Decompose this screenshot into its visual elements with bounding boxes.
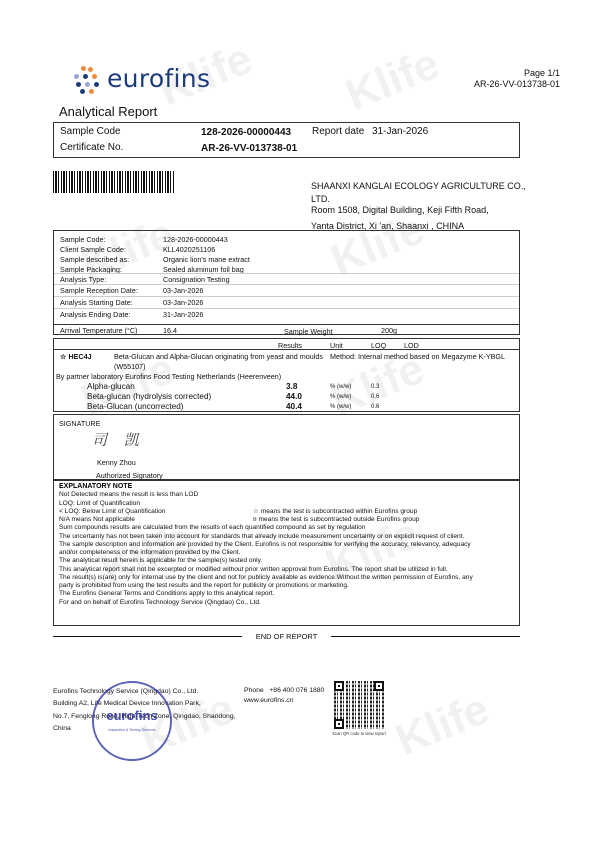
test-description-code: (W55107) [114,362,146,371]
sample-info-label: Analysis Ending Date: [60,310,130,319]
result-unit: % (w/w) [330,404,351,410]
signatory-name: Kenny Zhou [97,458,136,467]
result-analyte: Beta-Glucan (uncorrected) [87,402,183,411]
sample-info-value: Organic lion's mane extract [163,255,250,264]
phone-label: Phone [244,687,264,694]
stamp-subtext: Inspection & Testing Services [94,728,170,732]
note-line: For and on behalf of Eurofins Technology… [59,599,519,607]
page-number: Page 1/1 [474,68,560,79]
client-address: SHAANXI KANGLAI ECOLOGY AGRICULTURE CO.,… [311,180,526,234]
brand-name: eurofins [107,64,210,93]
sample-info-label: Sample Reception Date: [60,286,138,295]
divider [331,636,520,637]
certificate-value: AR-26-VV-013738-01 [201,143,297,154]
phone-number: +86 400 076 1880 [269,687,324,694]
eurofins-logo: eurofins [73,64,210,93]
note-line: The sample description and information a… [59,541,519,549]
report-title: Analytical Report [59,104,157,119]
barcode [53,171,175,193]
sample-info-label: Client Sample Code: [60,245,126,254]
website-link[interactable]: www.eurofins.cn [244,696,324,706]
result-analyte: Alpha-glucan [87,382,135,391]
client-address-1: Room 1508, Digital Building, Keji Fifth … [311,204,526,218]
test-description: Beta-Glucan and Alpha-Glucan originating… [114,352,323,361]
result-loq: 0.3 [371,384,379,390]
notes-heading: EXPLANATORY NOTE [59,483,519,491]
report-date-value: 31-Jan-2026 [372,126,428,137]
arrival-temp-label: Arrival Temperature (°C) [60,326,137,335]
note-line: The Eurofins General Terms and Condition… [59,590,519,598]
result-loq: 0.6 [371,404,379,410]
arrival-temp-value: 16.4 [163,326,177,335]
sample-weight-label: Sample Weight [284,327,333,336]
sample-info-label: Analysis Starting Date: [60,298,133,307]
qr-code[interactable] [334,681,384,729]
page-ref: AR-26-VV-013738-01 [474,79,560,90]
sample-info-label: Sample Code: [60,235,106,244]
note-line: N/A means Not applicable [59,516,135,523]
sample-info-label: Analysis Type: [60,275,106,284]
company-stamp: eurofins Inspection & Testing Services [92,681,172,761]
signature-handwriting: 司 凯 [92,429,145,450]
results-box: Results Unit LOQ LOD ☆ HEC4J Beta-Glucan… [53,338,520,412]
note-line: ¤ means the test is subcontracted outsid… [253,516,419,524]
result-value: 40.4 [286,402,302,411]
test-method: Method: Internal method based on Megazym… [330,352,505,361]
sample-code-label: Sample Code [60,126,121,137]
sample-info-value: 03-Jan-2026 [163,286,203,295]
header-box: Sample Code 128-2026-00000443 Report dat… [53,122,520,158]
sample-info-value: KLL4020251106 [163,245,215,254]
note-line: LOQ: Limit of Quantification [59,500,519,508]
result-unit: % (w/w) [330,394,351,400]
sample-info-value: Consignation Testing [163,275,230,284]
note-line: < LOQ: Below Limit of Quantification [59,508,165,515]
note-line: Not Detected means the result is less th… [59,491,519,499]
sample-weight-value: 200g [381,326,397,335]
client-name: SHAANXI KANGLAI ECOLOGY AGRICULTURE CO., [311,180,526,194]
signature-heading: SIGNATURE [59,419,100,428]
note-line: This analytical report shall not be exce… [59,566,519,574]
qr-caption: Scan QR code to view report [322,731,396,736]
note-line: Sum compounds results are calculated fro… [59,524,519,532]
divider [53,636,242,637]
footer-contact: Phone +86 400 076 1880 www.eurofins.cn [244,686,324,706]
sample-info-label: Sample described as: [60,255,129,264]
sample-info-box: Sample Code:128-2026-00000443Client Samp… [53,230,520,335]
certificate-label: Certificate No. [60,142,123,153]
end-of-report-text: END OF REPORT [242,632,332,641]
logo-dots-icon [73,65,101,93]
sample-info-value: 03-Jan-2026 [163,298,203,307]
sample-info-value: 31-Jan-2026 [163,310,203,319]
explanatory-note-box: EXPLANATORY NOTE Not Detected means the … [53,480,520,626]
client-name-2: LTD. [311,194,526,204]
test-code: ☆ HEC4J [60,352,92,361]
note-line: The analytical result herein is applicab… [59,557,519,565]
sample-info-value: 128-2026-00000443 [163,235,228,244]
sample-code-value: 128-2026-00000443 [201,127,291,138]
page-info: Page 1/1 AR-26-VV-013738-01 [474,68,560,90]
note-line: party is prohibited from using the test … [59,582,519,590]
note-line: ☆ means the test is subcontracted within… [253,508,417,516]
end-of-report: END OF REPORT [53,632,520,641]
report-date-label: Report date [312,126,364,137]
note-line: The result(s) is(are) only for internal … [59,574,519,582]
result-loq: 0.6 [371,394,379,400]
watermark: Klife [389,684,496,766]
note-line: and/or completeness of the information p… [59,549,519,557]
signatory-role: Authorized Signatory [96,471,163,480]
result-analyte: Beta-glucan (hydrolysis corrected) [87,392,211,401]
partner-lab: By partner laboratory Eurofins Food Test… [56,372,281,381]
result-unit: % (w/w) [330,384,351,390]
result-value: 44.0 [286,392,302,401]
note-line: The uncertainty has not been taken into … [59,533,519,541]
result-value: 3.8 [286,382,297,391]
signature-box: SIGNATURE 司 凯 Kenny Zhou Authorized Sign… [53,414,520,480]
stamp-text: eurofins [94,708,170,723]
watermark: Klife [339,39,446,121]
